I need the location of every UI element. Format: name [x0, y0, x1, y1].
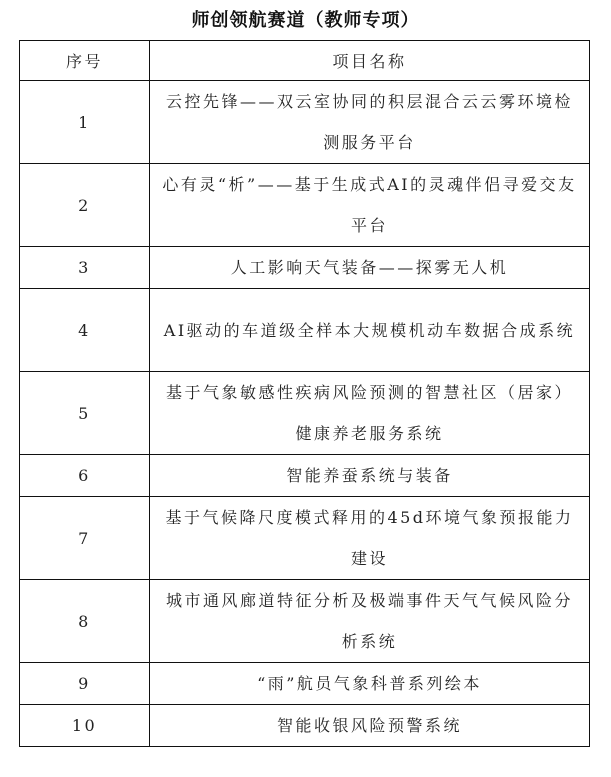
row-project-name: 基于气象敏感性疾病风险预测的智慧社区（居家）健康养老服务系统 — [150, 372, 590, 455]
row-project-name: AI驱动的车道级全样本大规模机动车数据合成系统 — [150, 289, 590, 372]
row-project-name: 云控先锋——双云室协同的积层混合云云雾环境检测服务平台 — [150, 81, 590, 164]
row-project-name: 基于气候降尺度模式释用的45d环境气象预报能力建设 — [150, 497, 590, 580]
project-name-text: “雨”航员气象科普系列绘本 — [158, 663, 581, 704]
project-name-text: AI驱动的车道级全样本大规模机动车数据合成系统 — [158, 310, 581, 351]
projects-table: 序号 项目名称 1 云控先锋——双云室协同的积层混合云云雾环境检测服务平台 2 … — [19, 40, 590, 747]
table-row: 5 基于气象敏感性疾病风险预测的智慧社区（居家）健康养老服务系统 — [20, 372, 590, 455]
project-name-text: 智能养蚕系统与装备 — [158, 455, 581, 496]
row-serial-number: 10 — [20, 705, 150, 747]
project-name-text: 人工影响天气装备——探雾无人机 — [158, 247, 581, 288]
table-row: 6 智能养蚕系统与装备 — [20, 455, 590, 497]
row-serial-number: 1 — [20, 81, 150, 164]
project-name-text: 基于气象敏感性疾病风险预测的智慧社区（居家）健康养老服务系统 — [158, 372, 581, 454]
row-project-name: 城市通风廊道特征分析及极端事件天气气候风险分析系统 — [150, 580, 590, 663]
header-serial-number: 序号 — [20, 41, 150, 81]
document-title: 师创领航赛道（教师专项） — [0, 8, 611, 34]
table-header-row: 序号 项目名称 — [20, 41, 590, 81]
row-serial-number: 3 — [20, 247, 150, 289]
row-serial-number: 9 — [20, 663, 150, 705]
header-project-name: 项目名称 — [150, 41, 590, 81]
table-row: 4 AI驱动的车道级全样本大规模机动车数据合成系统 — [20, 289, 590, 372]
project-name-text: 城市通风廊道特征分析及极端事件天气气候风险分析系统 — [158, 580, 581, 662]
table-row: 8 城市通风廊道特征分析及极端事件天气气候风险分析系统 — [20, 580, 590, 663]
table-row: 9 “雨”航员气象科普系列绘本 — [20, 663, 590, 705]
table-row: 1 云控先锋——双云室协同的积层混合云云雾环境检测服务平台 — [20, 81, 590, 164]
row-project-name: 智能养蚕系统与装备 — [150, 455, 590, 497]
row-serial-number: 2 — [20, 164, 150, 247]
row-project-name: 智能收银风险预警系统 — [150, 705, 590, 747]
row-serial-number: 5 — [20, 372, 150, 455]
table-row: 3 人工影响天气装备——探雾无人机 — [20, 247, 590, 289]
project-name-text: 云控先锋——双云室协同的积层混合云云雾环境检测服务平台 — [158, 81, 581, 163]
table-row: 7 基于气候降尺度模式释用的45d环境气象预报能力建设 — [20, 497, 590, 580]
project-name-text: 智能收银风险预警系统 — [158, 705, 581, 746]
row-project-name: 心有灵“析”——基于生成式AI的灵魂伴侣寻爱交友平台 — [150, 164, 590, 247]
row-serial-number: 4 — [20, 289, 150, 372]
row-serial-number: 6 — [20, 455, 150, 497]
table-row: 10 智能收银风险预警系统 — [20, 705, 590, 747]
row-project-name: “雨”航员气象科普系列绘本 — [150, 663, 590, 705]
row-project-name: 人工影响天气装备——探雾无人机 — [150, 247, 590, 289]
row-serial-number: 7 — [20, 497, 150, 580]
table-row: 2 心有灵“析”——基于生成式AI的灵魂伴侣寻爱交友平台 — [20, 164, 590, 247]
project-name-text: 心有灵“析”——基于生成式AI的灵魂伴侣寻爱交友平台 — [158, 164, 581, 246]
row-serial-number: 8 — [20, 580, 150, 663]
project-name-text: 基于气候降尺度模式释用的45d环境气象预报能力建设 — [158, 497, 581, 579]
